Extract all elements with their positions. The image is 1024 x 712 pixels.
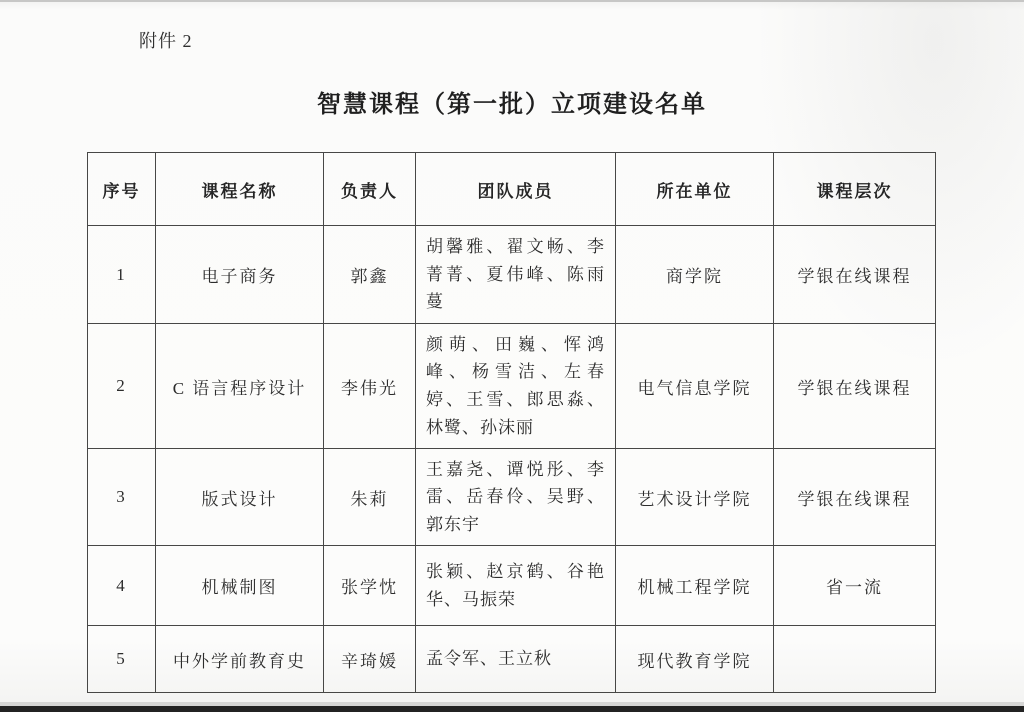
- cell-course-level: 省一流: [774, 546, 936, 626]
- cell-unit: 机械工程学院: [616, 546, 774, 626]
- table-row: 2 C 语言程序设计 李伟光 颜萌、田巍、恽鸿峰、杨雪洁、左春婷、王雪、郎思淼、…: [88, 324, 936, 449]
- cell-leader: 辛琦媛: [324, 626, 416, 693]
- cell-leader: 张学忱: [324, 546, 416, 626]
- cell-course-level: 学银在线课程: [774, 449, 936, 546]
- cell-course-name: 电子商务: [156, 226, 324, 324]
- cell-unit: 现代教育学院: [616, 626, 774, 693]
- cell-course-level: 学银在线课程: [774, 324, 936, 449]
- cell-leader: 朱莉: [324, 449, 416, 546]
- header-course-name: 课程名称: [156, 153, 324, 226]
- cell-no: 1: [88, 226, 156, 324]
- cell-team-members: 孟令军、王立秋: [416, 626, 616, 693]
- course-table-container: 序号 课程名称 负责人 团队成员 所在单位 课程层次 1 电子商务 郭鑫 胡馨雅…: [87, 152, 936, 693]
- table-row: 5 中外学前教育史 辛琦媛 孟令军、王立秋 现代教育学院: [88, 626, 936, 693]
- header-course-level: 课程层次: [774, 153, 936, 226]
- header-team-members: 团队成员: [416, 153, 616, 226]
- table-row: 4 机械制图 张学忱 张颖、赵京鹤、谷艳华、马振荣 机械工程学院 省一流: [88, 546, 936, 626]
- cell-no: 4: [88, 546, 156, 626]
- cell-team-members: 胡馨雅、翟文畅、李菁菁、夏伟峰、陈雨蔓: [416, 226, 616, 324]
- cell-course-name: 中外学前教育史: [156, 626, 324, 693]
- header-no: 序号: [88, 153, 156, 226]
- cell-unit: 商学院: [616, 226, 774, 324]
- table-header-row: 序号 课程名称 负责人 团队成员 所在单位 课程层次: [88, 153, 936, 226]
- cell-team-members: 王嘉尧、谭悦彤、李雷、岳春伶、吴野、郭东宇: [416, 449, 616, 546]
- cell-team-members: 张颖、赵京鹤、谷艳华、马振荣: [416, 546, 616, 626]
- cell-course-level: 学银在线课程: [774, 226, 936, 324]
- cell-unit: 艺术设计学院: [616, 449, 774, 546]
- attachment-label: 附件 2: [139, 27, 193, 53]
- cell-course-name: 机械制图: [156, 546, 324, 626]
- cell-no: 2: [88, 324, 156, 449]
- page-title: 智慧课程（第一批）立项建设名单: [0, 84, 1024, 119]
- cell-leader: 李伟光: [324, 324, 416, 449]
- header-leader: 负责人: [324, 153, 416, 226]
- cell-course-name: 版式设计: [156, 449, 324, 546]
- course-table: 序号 课程名称 负责人 团队成员 所在单位 课程层次 1 电子商务 郭鑫 胡馨雅…: [87, 152, 936, 693]
- cell-team-members: 颜萌、田巍、恽鸿峰、杨雪洁、左春婷、王雪、郎思淼、林鹭、孙沫丽: [416, 324, 616, 449]
- header-unit: 所在单位: [616, 153, 774, 226]
- cell-unit: 电气信息学院: [616, 324, 774, 449]
- cell-leader: 郭鑫: [324, 226, 416, 324]
- table-row: 3 版式设计 朱莉 王嘉尧、谭悦彤、李雷、岳春伶、吴野、郭东宇 艺术设计学院 学…: [88, 449, 936, 546]
- cell-no: 5: [88, 626, 156, 693]
- cell-no: 3: [88, 449, 156, 546]
- table-row: 1 电子商务 郭鑫 胡馨雅、翟文畅、李菁菁、夏伟峰、陈雨蔓 商学院 学银在线课程: [88, 226, 936, 324]
- cell-course-name: C 语言程序设计: [156, 324, 324, 449]
- document-page: 附件 2 智慧课程（第一批）立项建设名单 序号 课程名称 负责人 团队成员 所在…: [0, 0, 1024, 712]
- cell-course-level: [774, 626, 936, 693]
- scan-bottom-edge: [0, 706, 1024, 712]
- scan-top-edge: [0, 0, 1024, 2]
